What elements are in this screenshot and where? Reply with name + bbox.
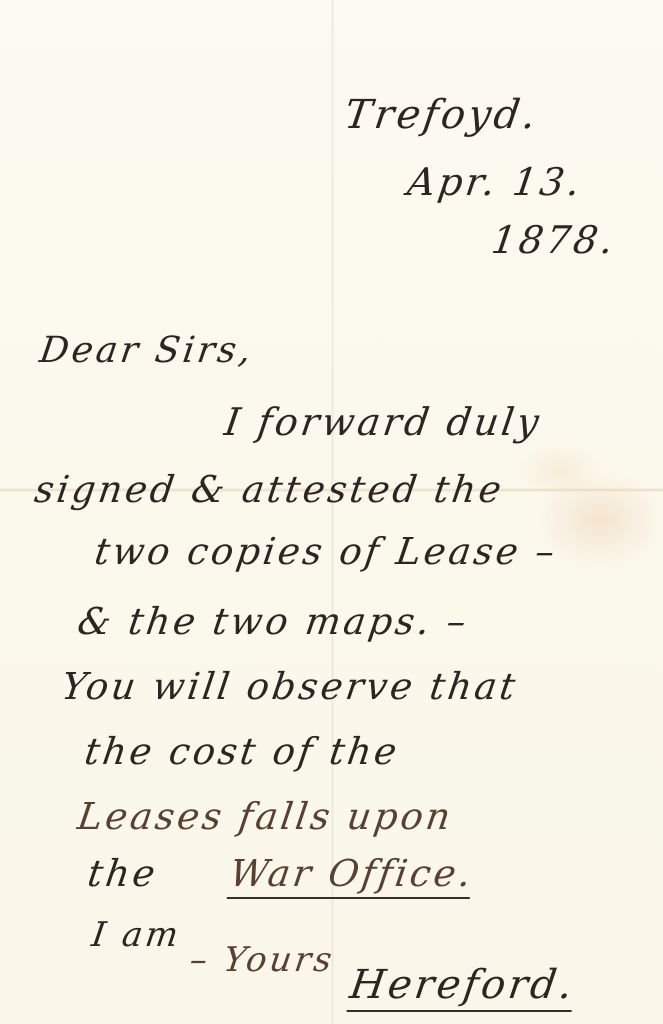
signature: Hereford. <box>346 962 578 1012</box>
salutation: Dear Sirs, <box>37 330 256 371</box>
letter-date: Apr. 13. <box>405 160 586 204</box>
body-line-3: two copies of Lease – <box>92 530 560 573</box>
war-office-underlined: War Office. <box>227 852 477 899</box>
body-line-8: the <box>85 852 161 895</box>
closing-i-am: I am <box>89 915 183 955</box>
letter-place: Trefoyd. <box>342 92 542 138</box>
body-line-4: & the two maps. – <box>75 600 472 643</box>
letter-year: 1878. <box>489 218 619 262</box>
closing-yours: – Yours <box>187 940 337 980</box>
body-line-6: the cost of the <box>82 730 402 773</box>
body-line-5: You will observe that <box>59 665 521 708</box>
body-line-2: signed & attested the <box>32 468 507 511</box>
body-line-1: I forward duly <box>222 400 545 444</box>
body-line-7: Leases falls upon <box>75 795 456 838</box>
